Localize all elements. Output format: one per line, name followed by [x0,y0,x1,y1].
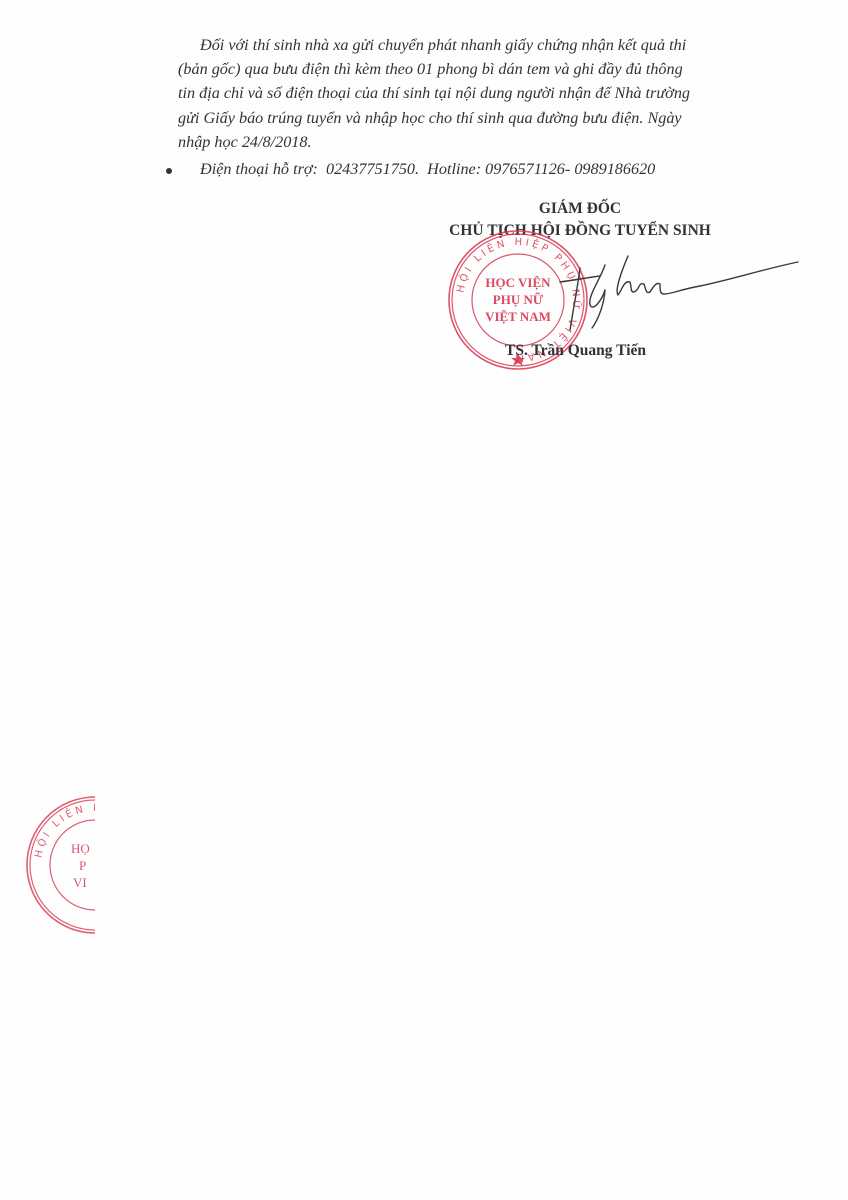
document-page: Đối với thí sinh nhà xa gửi chuyển phát … [0,0,848,1200]
signature-icon [560,250,810,340]
paragraph-line: (bản gốc) qua bưu điện thì kèm theo 01 p… [178,57,808,81]
partial-seal-margin: HỘI LIÊN HIỆP HỌ P VI [25,795,95,935]
paragraph-line: gửi Giấy báo trúng tuyển và nhập học cho… [178,106,808,130]
title-director: GIÁM ĐỐC [420,198,740,220]
paragraph-line: nhập học 24/8/2018. [178,130,808,154]
partial-seal-stamp-icon: HỘI LIÊN HIỆP HỌ P VI [25,795,95,935]
paragraph-line: tin địa chỉ và số điện thoại của thí sin… [178,81,808,105]
seal-center-line: HỌC VIỆN [485,275,551,290]
support-contact-text: Điện thoại hỗ trợ: 02437751750. Hotline:… [200,160,655,179]
partial-seal-line: P [79,858,86,873]
signer-name: TS. Trần Quang Tiến [505,342,646,360]
partial-seal-line: VI [73,875,87,890]
seal-center-line: PHỤ NỮ [493,292,544,307]
paragraph-line: Đối với thí sinh nhà xa gửi chuyển phát … [178,33,808,57]
bullet-dot-icon [166,168,172,174]
partial-seal-line: HỌ [71,841,90,856]
instruction-paragraph: Đối với thí sinh nhà xa gửi chuyển phát … [178,33,808,154]
handwritten-signature [560,250,810,340]
seal-center-line: VIỆT NAM [485,309,551,324]
